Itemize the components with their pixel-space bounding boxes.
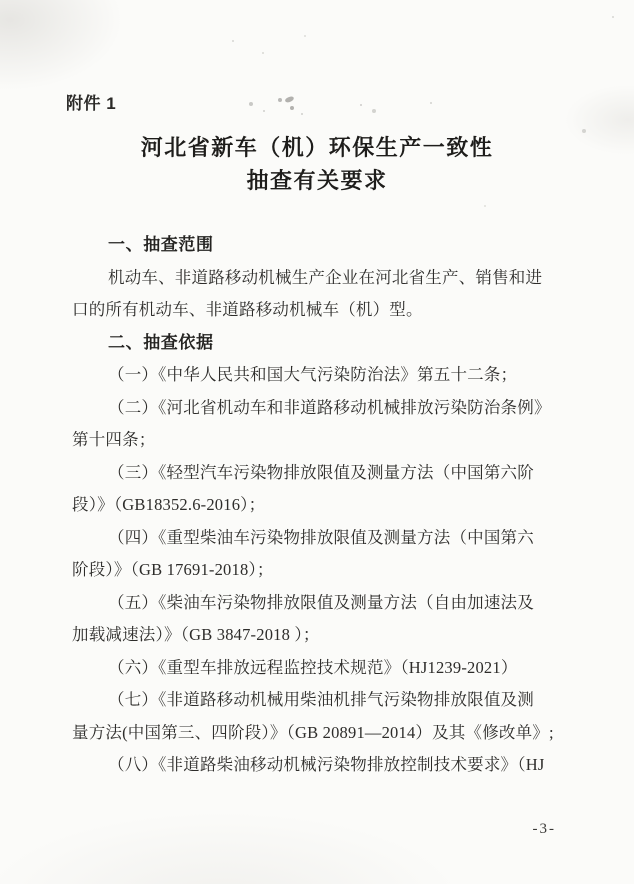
basis-item-line: （一）《中华人民共和国大气污染防治法》第五十二条； <box>72 359 586 392</box>
basis-item-line: （二）《河北省机动车和非道路移动机械排放污染防治条例》 <box>72 392 586 425</box>
basis-item-line: （七）《非道路移动机械用柴油机排气污染物排放限值及测 <box>72 684 586 717</box>
basis-item-line: （四）《重型柴油车污染物排放限值及测量方法（中国第六 <box>72 522 586 555</box>
basis-item-line: （三）《轻型汽车污染物排放限值及测量方法（中国第六阶 <box>72 457 586 490</box>
scan-smudge <box>284 96 294 104</box>
scope-paragraph-line: 口的所有机动车、非道路移动机械车（机）型。 <box>72 294 586 327</box>
document-title-line-2: 抽查有关要求 <box>0 164 634 197</box>
basis-item-line: 段）》（GB18352.6-2016）； <box>72 489 586 522</box>
document-body: 一、抽查范围 机动车、非道路移动机械生产企业在河北省生产、销售和进 口的所有机动… <box>72 229 586 782</box>
basis-item-line: 加载减速法）》（GB 3847-2018 ）； <box>72 619 586 652</box>
section-heading-basis: 二、抽查依据 <box>72 327 586 360</box>
attachment-label: 附件 1 <box>66 89 116 114</box>
document-title: 河北省新车（机）环保生产一致性 抽查有关要求 <box>0 131 634 197</box>
scope-paragraph-line: 机动车、非道路移动机械生产企业在河北省生产、销售和进 <box>72 262 586 295</box>
basis-item-line: （五）《柴油车污染物排放限值及测量方法（自由加速法及 <box>72 587 586 620</box>
scan-noise-speckles <box>0 0 2 2</box>
section-heading-scope: 一、抽查范围 <box>72 229 586 262</box>
page-number: -3- <box>533 821 557 838</box>
basis-item-line: （六）《重型车排放远程监控技术规范》（HJ1239-2021） <box>72 652 586 685</box>
basis-item-line: （八）《非道路柴油移动机械污染物排放控制技术要求》（HJ <box>72 749 586 782</box>
basis-item-line: 量方法(中国第三、四阶段）》（GB 20891—2014）及其《修改单》; <box>72 717 586 750</box>
basis-item-line: 阶段）》（GB 17691-2018）； <box>72 554 586 587</box>
scanned-document-page: 附件 1 河北省新车（机）环保生产一致性 抽查有关要求 一、抽查范围 机动车、非… <box>0 0 634 884</box>
basis-item-line: 第十四条； <box>72 424 586 457</box>
document-title-line-1: 河北省新车（机）环保生产一致性 <box>0 131 634 164</box>
